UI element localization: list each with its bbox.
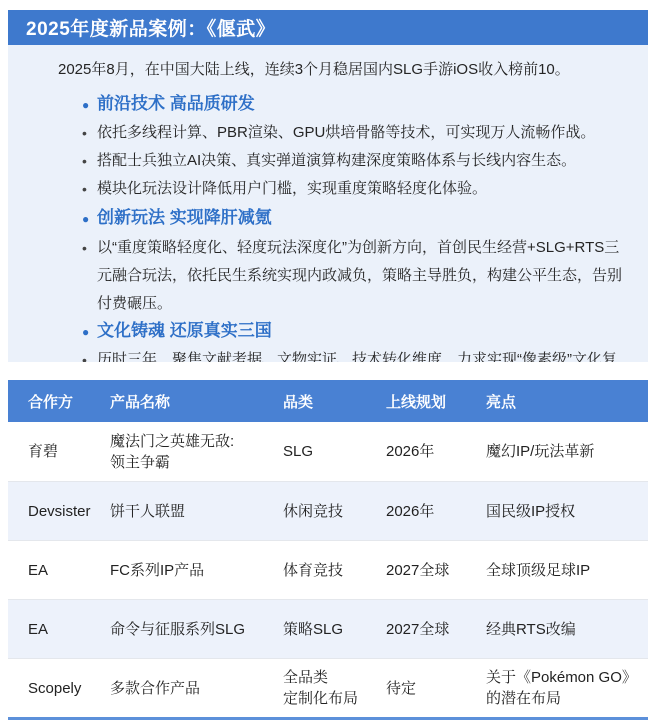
- table-body: 育碧 魔法门之英雄无敌: 领主争霸 SLG 2026年 魔幻IP/玩法革新 De…: [8, 422, 648, 717]
- table-cell: 2027全球: [386, 611, 486, 648]
- table-row: Scopely 多款合作产品 全品类 定制化布局 待定 关于《Pokémon G…: [8, 658, 648, 717]
- table-cell: 多款合作产品: [110, 670, 283, 707]
- section-heading-text: 前沿技术 高品质研发: [97, 93, 255, 115]
- bullet-text: 以“重度策略轻度化、轻度玩法深度化”为创新方向，首创民生经营+SLG+RTS三元…: [97, 234, 630, 318]
- bullet-item: • 历时三年，聚焦文献考据、文物实证、技术转化维度，力求实现“像素级”文化复原。: [8, 350, 648, 362]
- table-cell: 体育竞技: [283, 552, 386, 589]
- table-cell: 待定: [386, 670, 486, 707]
- table-cell: 2026年: [386, 433, 486, 470]
- table-cell: SLG: [283, 433, 386, 470]
- table-cell: FC系列IP产品: [110, 552, 283, 589]
- section-heading-text: 文化铸魂 还原真实三国: [97, 320, 272, 342]
- section-divider-gap: [8, 362, 648, 380]
- table-cell: 全球顶级足球IP: [486, 552, 648, 589]
- highlights-section: 2025年8月，在中国大陆上线，连续3个月稳居国内SLG手游iOS收入榜前10。…: [8, 45, 648, 362]
- table-cell: EA: [28, 611, 110, 648]
- table-cell: 关于《Pokémon GO》 的潜在布局: [486, 659, 648, 717]
- column-header: 亮点: [486, 391, 648, 412]
- page-title: 2025年度新品案例：《偃武》: [26, 14, 275, 41]
- list-bullet-icon: •: [82, 151, 97, 171]
- table-cell: 饼干人联盟: [110, 493, 283, 530]
- bullet-text: 依托多线程计算、PBR渲染、GPU烘培骨骼等技术，可实现万人流畅作战。: [97, 123, 595, 143]
- table-row: EA 命令与征服系列SLG 策略SLG 2027全球 经典RTS改编: [8, 599, 648, 658]
- feature-section: ● 创新玩法 实现降肝减氪 • 以“重度策略轻度化、轻度玩法深度化”为创新方向，…: [8, 207, 648, 318]
- partners-table: 合作方 产品名称 品类 上线规划 亮点 育碧 魔法门之英雄无敌: 领主争霸 SL…: [8, 380, 648, 720]
- table-cell: 国民级IP授权: [486, 493, 648, 530]
- table-cell: 育碧: [28, 433, 110, 470]
- table-header-row: 合作方 产品名称 品类 上线规划 亮点: [8, 380, 648, 422]
- bullet-text: 历时三年，聚焦文献考据、文物实证、技术转化维度，力求实现“像素级”文化复原。: [97, 350, 630, 362]
- table-cell: 命令与征服系列SLG: [110, 611, 283, 648]
- bullet-dot-icon: ●: [82, 94, 97, 116]
- bullet-text: 搭配士兵独立AI决策、真实弹道演算构建深度策略体系与长线内容生态。: [97, 151, 576, 171]
- bottom-accent-bar: [8, 717, 648, 720]
- table-row: EA FC系列IP产品 体育竞技 2027全球 全球顶级足球IP: [8, 540, 648, 599]
- intro-text: 2025年8月，在中国大陆上线，连续3个月稳居国内SLG手游iOS收入榜前10。: [58, 60, 648, 80]
- column-header: 合作方: [28, 391, 110, 412]
- bullet-item: • 搭配士兵独立AI决策、真实弹道演算构建深度策略体系与长线内容生态。: [8, 151, 648, 171]
- bullet-item: • 模块化玩法设计降低用户门槛，实现重度策略轻度化体验。: [8, 179, 648, 199]
- section-heading-text: 创新玩法 实现降肝减氪: [97, 207, 272, 229]
- bullet-text: 模块化玩法设计降低用户门槛，实现重度策略轻度化体验。: [97, 179, 487, 199]
- table-cell: 魔法门之英雄无敌: 领主争霸: [110, 423, 283, 481]
- table-cell: 经典RTS改编: [486, 611, 648, 648]
- table-cell: 魔幻IP/玩法革新: [486, 433, 648, 470]
- table-cell: 2027全球: [386, 552, 486, 589]
- bullet-item: • 依托多线程计算、PBR渲染、GPU烘培骨骼等技术，可实现万人流畅作战。: [8, 123, 648, 143]
- report-page: 2025年度新品案例：《偃武》 2025年8月，在中国大陆上线，连续3个月稳居国…: [8, 10, 648, 720]
- table-cell: EA: [28, 552, 110, 589]
- feature-section: ● 文化铸魂 还原真实三国 • 历时三年，聚焦文献考据、文物实证、技术转化维度，…: [8, 320, 648, 362]
- feature-section: ● 前沿技术 高品质研发 • 依托多线程计算、PBR渲染、GPU烘培骨骼等技术，…: [8, 93, 648, 199]
- table-cell: 策略SLG: [283, 611, 386, 648]
- section-heading: ● 前沿技术 高品质研发: [8, 93, 648, 115]
- bullet-dot-icon: ●: [82, 208, 97, 230]
- column-header: 品类: [283, 391, 386, 412]
- column-header: 上线规划: [386, 391, 486, 412]
- bullet-item: • 以“重度策略轻度化、轻度玩法深度化”为创新方向，首创民生经营+SLG+RTS…: [8, 234, 648, 318]
- table-cell: Scopely: [28, 670, 110, 707]
- list-bullet-icon: •: [82, 350, 97, 362]
- list-bullet-icon: •: [82, 123, 97, 143]
- table-cell: 休闲竞技: [283, 493, 386, 530]
- title-banner: 2025年度新品案例：《偃武》: [8, 10, 648, 45]
- section-heading: ● 文化铸魂 还原真实三国: [8, 320, 648, 342]
- table-cell: 2026年: [386, 493, 486, 530]
- table-cell: 全品类 定制化布局: [283, 659, 386, 717]
- bullet-dot-icon: ●: [82, 321, 97, 343]
- feature-sections: ● 前沿技术 高品质研发 • 依托多线程计算、PBR渲染、GPU烘培骨骼等技术，…: [8, 93, 648, 362]
- table-row: 育碧 魔法门之英雄无敌: 领主争霸 SLG 2026年 魔幻IP/玩法革新: [8, 422, 648, 481]
- table-cell: Devsister: [28, 493, 110, 530]
- list-bullet-icon: •: [82, 179, 97, 199]
- section-heading: ● 创新玩法 实现降肝减氪: [8, 207, 648, 229]
- table-row: Devsister 饼干人联盟 休闲竞技 2026年 国民级IP授权: [8, 481, 648, 540]
- column-header: 产品名称: [110, 391, 283, 412]
- list-bullet-icon: •: [82, 234, 97, 318]
